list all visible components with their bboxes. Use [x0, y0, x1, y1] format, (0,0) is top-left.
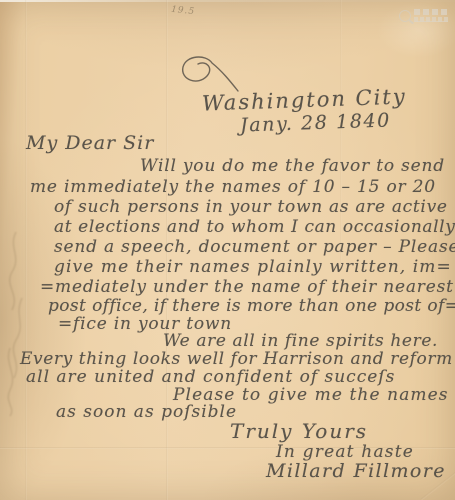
body-line-1: Will you do me the favor to send: [140, 156, 445, 176]
body-line-5: send a speech, document or paper – Pleas…: [54, 237, 455, 257]
scanned-letter-photo: 19.5 Washington City Jany. 28 1840 My De…: [0, 0, 455, 500]
watermark: [399, 9, 448, 22]
body-line-4: at elections and to whom I can occasiona…: [54, 217, 455, 237]
body-line-14: as soon as poſsible: [56, 402, 237, 422]
magnifier-watermark-icon: [399, 10, 411, 22]
watermark-text-blocks: [414, 9, 448, 22]
body-line-2: me immediately the names of 10 – 15 or 2…: [30, 177, 436, 197]
body-line-8: post office, if there is more than one p…: [48, 296, 455, 316]
body-line-7: =mediately under the name of their neare…: [40, 277, 454, 297]
pen-flourish: [156, 55, 251, 95]
body-line-6: give me their names plainly written, im=: [54, 257, 452, 277]
bleed-through-writing: [2, 228, 32, 418]
body-line-10: We are all in fine spirits here.: [163, 331, 438, 351]
body-line-12: all are united and confident of succeſs: [26, 367, 395, 387]
paper-top-edge: [0, 0, 455, 2]
signature: Millard Fillmore: [266, 460, 446, 482]
body-line-11: Every thing looks well for Harrison and …: [20, 349, 453, 369]
body-line-3: of such persons in your town as are acti…: [54, 197, 448, 217]
closing-line: Truly Yours: [230, 419, 368, 443]
closing-haste-line: In great haste: [276, 442, 414, 462]
salutation: My Dear Sir: [26, 132, 154, 154]
